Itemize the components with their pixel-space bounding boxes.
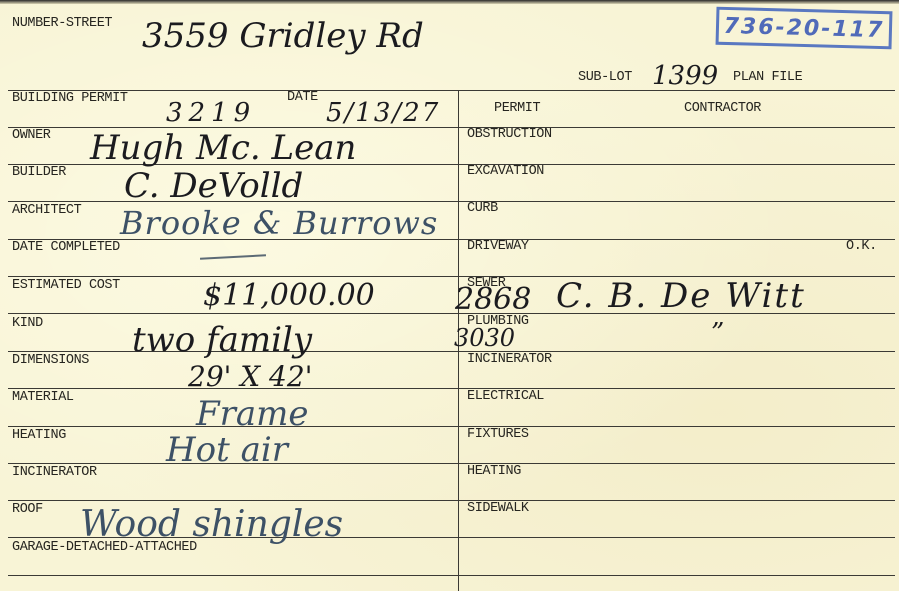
sub-lot-value: 1399 (652, 61, 718, 91)
heating-permit-label: HEATING (467, 464, 521, 479)
driveway-label: DRIVEWAY (467, 239, 529, 254)
builder-label: BUILDER (12, 165, 66, 180)
number-street-value: 3559 Gridley Rd (142, 16, 424, 56)
rule (8, 575, 895, 576)
date-completed-dash (200, 254, 266, 259)
rule (8, 388, 895, 389)
architect-label: ARCHITECT (12, 203, 81, 218)
owner-value: Hugh Mc. Lean (90, 128, 356, 168)
incinerator-label: INCINERATOR (12, 465, 97, 480)
material-value: Frame (196, 394, 308, 434)
sidewalk-label: SIDEWALK (467, 501, 529, 516)
card-top-edge (0, 0, 899, 4)
dimensions-value: 29' X 42' (188, 360, 312, 393)
plan-file-label: PLAN FILE (733, 70, 802, 85)
file-number: 736-20-117 (723, 13, 884, 42)
sub-lot-label: SUB-LOT (578, 70, 632, 85)
date-label: DATE (287, 90, 318, 105)
material-label: MATERIAL (12, 390, 74, 405)
owner-label: OWNER (12, 128, 51, 143)
dimensions-label: DIMENSIONS (12, 353, 89, 368)
rule (8, 426, 895, 427)
date-value: 5/13/27 (326, 98, 440, 128)
kind-value: two family (132, 320, 312, 360)
fixtures-label: FIXTURES (467, 427, 529, 442)
rule (8, 90, 895, 91)
incinerator-permit-label: INCINERATOR (467, 352, 552, 367)
builder-value: C. DeVolld (124, 166, 303, 206)
estimated-cost-label: ESTIMATED COST (12, 278, 120, 293)
architect-value: Brooke & Burrows (120, 204, 438, 242)
roof-label: ROOF (12, 502, 43, 517)
heating-value: Hot air (166, 430, 288, 470)
obstruction-label: OBSTRUCTION (467, 127, 552, 142)
permit-column-header: PERMIT (494, 101, 540, 116)
driveway-note: O.K. (846, 239, 877, 254)
contractor-column-header: CONTRACTOR (684, 101, 761, 116)
plumbing-permit-value: 3030 (454, 324, 515, 352)
building-permit-label: BUILDING PERMIT (12, 91, 128, 106)
rule (8, 463, 895, 464)
sewer-contractor-value: C. B. De Witt (556, 276, 806, 316)
number-street-label: NUMBER-STREET (12, 16, 112, 31)
estimated-cost-value: $11,000.00 (203, 278, 375, 313)
sewer-permit-value: 2868 (455, 282, 531, 317)
building-permit-value: 3219 (166, 98, 256, 128)
file-number-stamp: 736-20-117 (716, 7, 893, 50)
building-permit-card: 736-20-117 NUMBER-STREET 3559 Gridley Rd… (0, 0, 899, 591)
excavation-label: EXCAVATION (467, 164, 544, 179)
electrical-label: ELECTRICAL (467, 389, 544, 404)
rule (8, 500, 895, 501)
roof-value: Wood shingles (80, 504, 343, 545)
heating-label: HEATING (12, 428, 66, 443)
plumbing-contractor-value: ” (711, 318, 724, 348)
date-completed-label: DATE COMPLETED (12, 240, 120, 255)
curb-label: CURB (467, 201, 498, 216)
kind-label: KIND (12, 316, 43, 331)
